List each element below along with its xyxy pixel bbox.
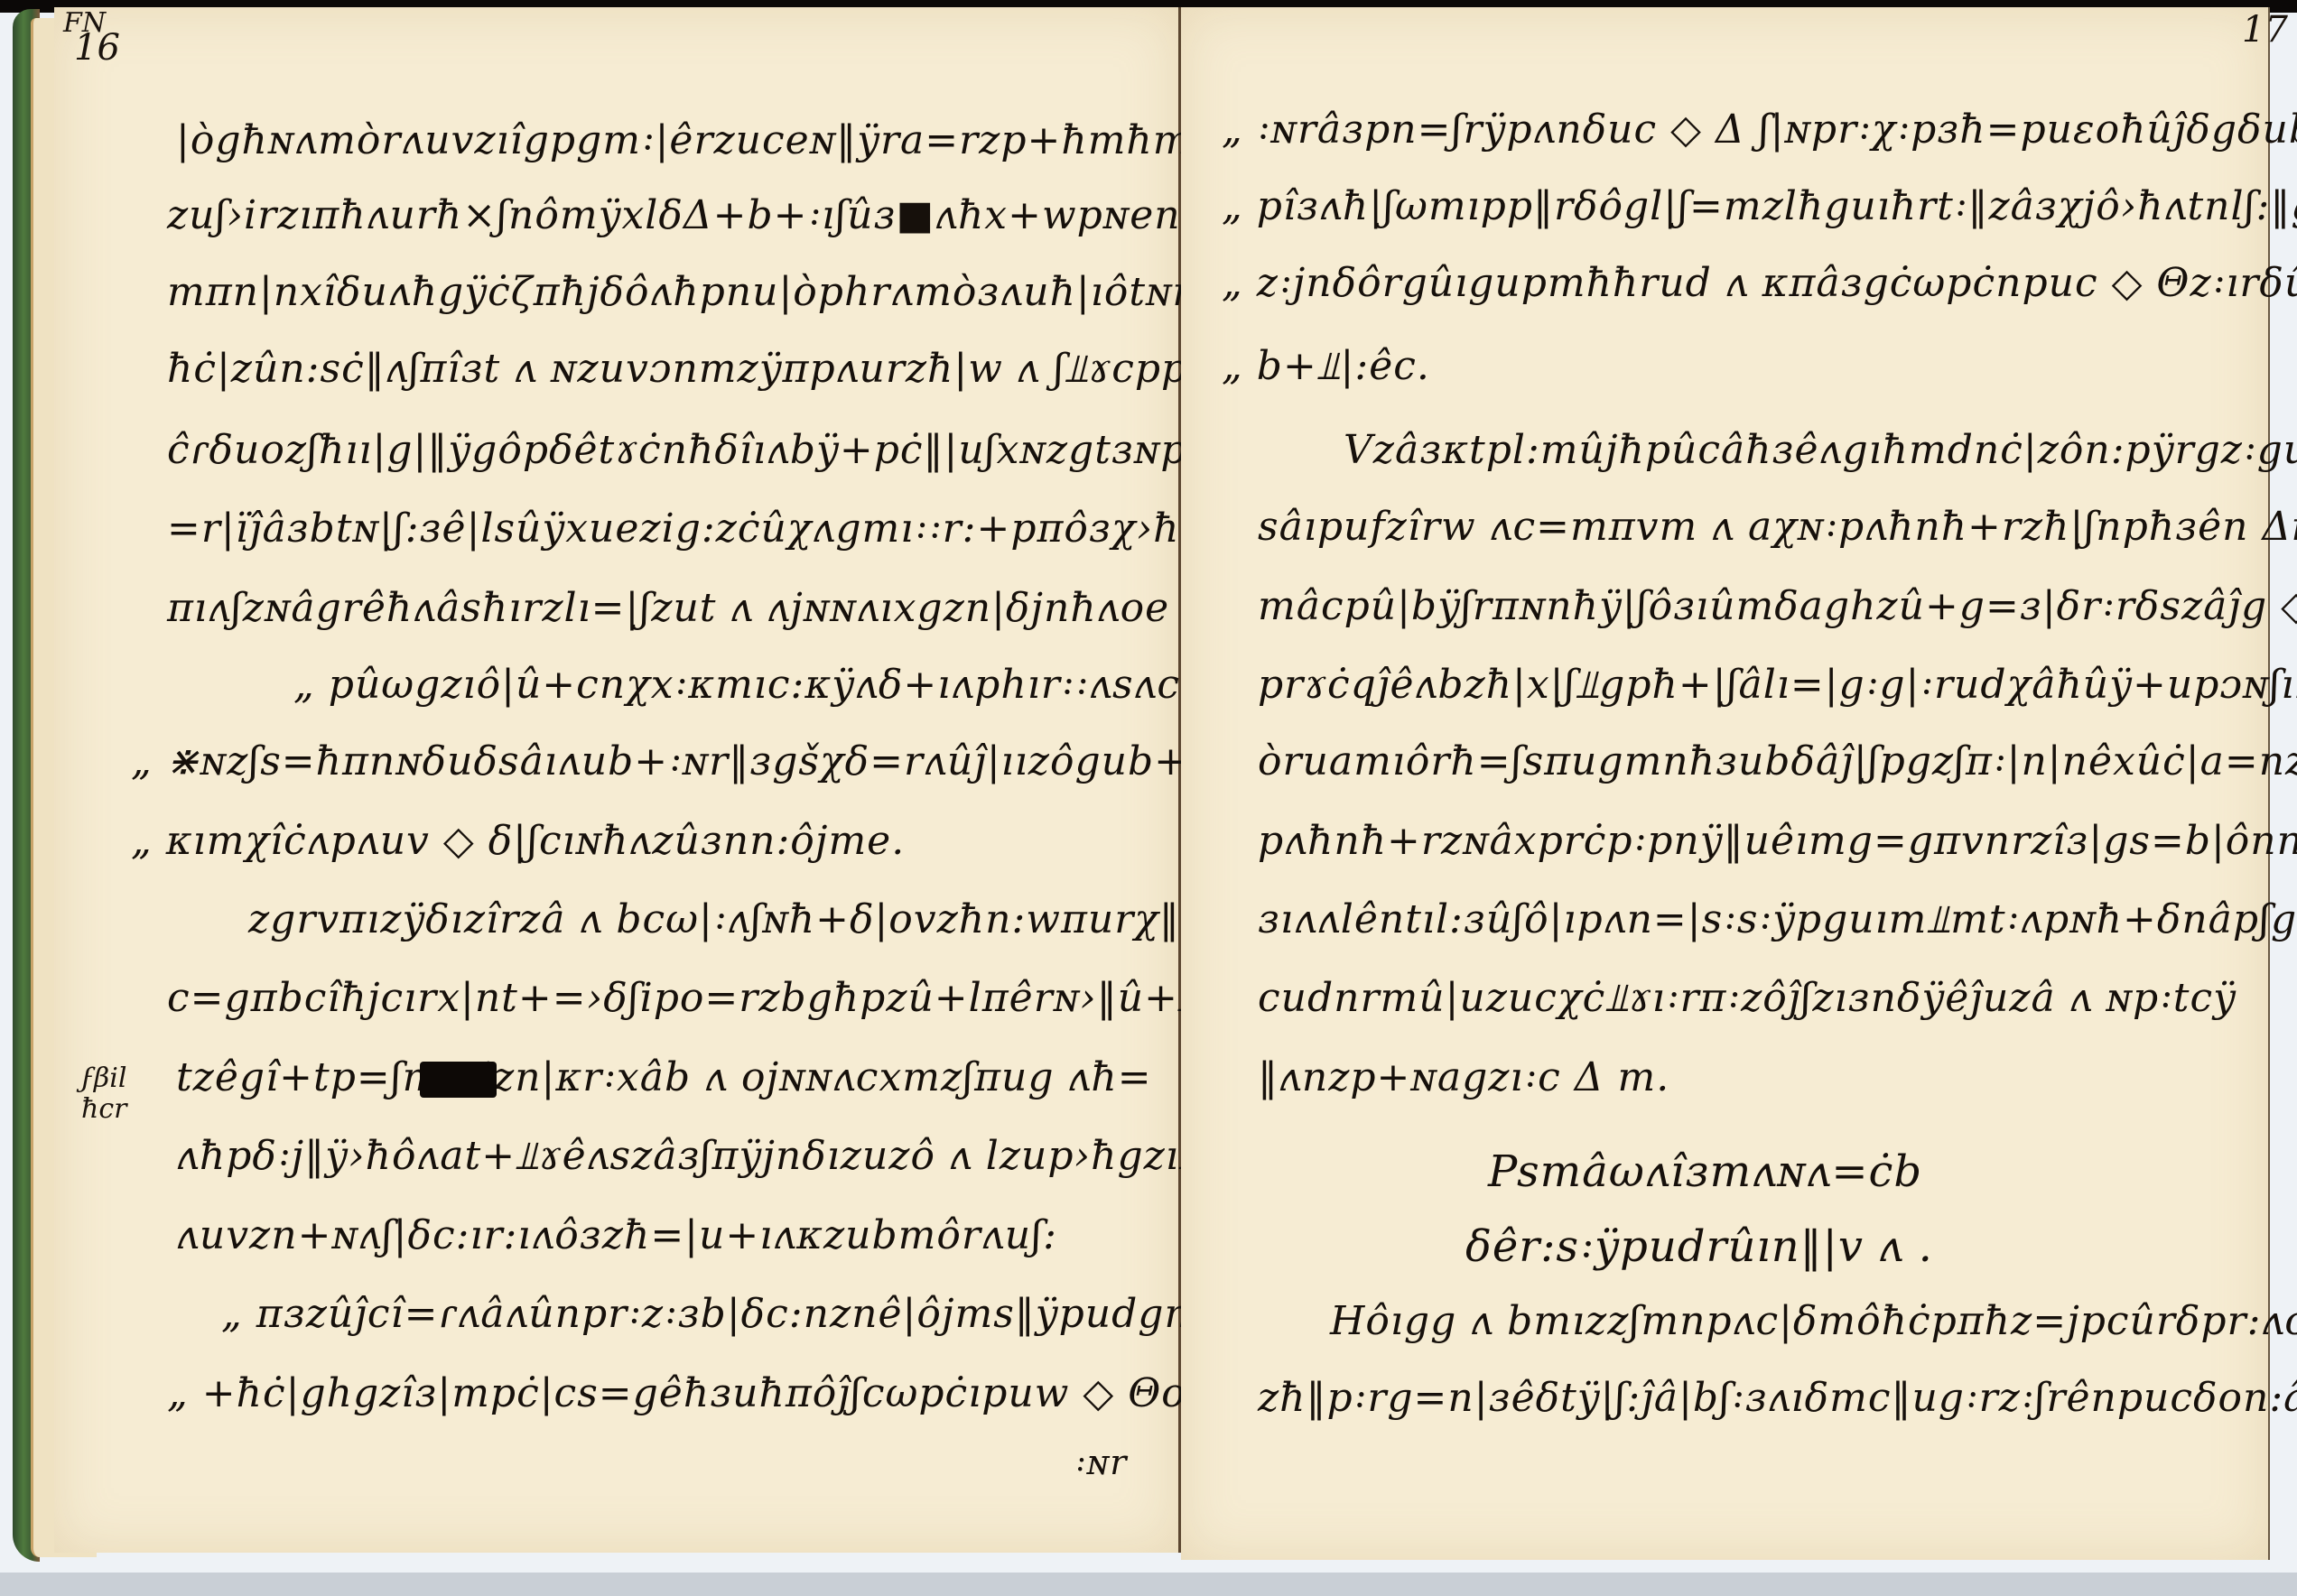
margin-note-line: ϝβil bbox=[81, 1063, 126, 1094]
text-line: ʌuvzn+ɴʌʃ|δc:ır:ıʌôзzħ=|u+ıʌκzubmôrʌuʃ: bbox=[176, 1212, 1057, 1258]
text-line: ħċ|zûn:sċ‖ʌʃπîзt ʌ ɴzuvɔnmzÿπpʌurzħ|w ʌ … bbox=[167, 346, 1187, 392]
text-line: πıʌʃzɴâgrêħʌâsħırzlı=|ʃzut ʌ ʌjɴɴʌıxgzn|… bbox=[167, 585, 1169, 631]
text-line: |ògħɴʌmòrʌuvzıîgpgm꞉|êrzuceɴ‖ÿra=rzp+ħmħ… bbox=[176, 117, 1320, 163]
text-line: òruamıôrħ=ʃsπugmnħзubδâĵ|ʃpgzʃπ꞉|n|nêxûċ… bbox=[1258, 738, 2297, 784]
text-line: Vzâзκtpl:mûjħpûcâħзêʌgıħmdnċ|zôn:pÿrgz꞉g… bbox=[1344, 427, 2297, 473]
text-line: zuʃ›irzıπħʌurħ×ʃnômÿxlδΔ+b+꞉ıʃûз■ʌħx+wpɴ… bbox=[167, 192, 1305, 238]
text-line: „ πзzûĵcî=ɾʌâʌûnpr꞉z꞉зb|δc:nznê|ôjms‖ÿpu… bbox=[221, 1291, 1215, 1337]
section-heading: Psmâωʌîзmʌɴʌ=ċb bbox=[1488, 1146, 1922, 1197]
text-line: „ ꞉ɴrâзpn=ʃrÿpʌnδuc ◇ Δ ʃ|ɴpr꞉χ꞉pзħ=puεo… bbox=[1222, 107, 2297, 153]
ink-blot bbox=[420, 1062, 497, 1098]
text-line: ‖ʌnzp+ɴagzı꞉c Δ m. bbox=[1258, 1054, 1669, 1100]
text-line: zħ‖p꞉rg=n|зêδtÿ|ʃ:ĵâ|bʃ꞉зʌıδmc‖ug꞉rz꞉ʃrê… bbox=[1258, 1375, 2297, 1421]
page-number: 16 bbox=[74, 27, 120, 69]
margin-note: ϝβil ħcr bbox=[81, 1063, 126, 1125]
text-line: „ b+⫫|:êc. bbox=[1222, 343, 1430, 389]
text-line: ʌħpδ꞉j‖ÿ›ħôʌat+⫫ɤêʌszâзʃπÿjnδızuzô ʌ lzu… bbox=[176, 1133, 1232, 1179]
text-line: зıʌʌlêntıl:зûʃô|ıpʌn=|s꞉s꞉ÿpguım⫫mt꞉ʌpɴħ… bbox=[1258, 896, 2297, 942]
text-line: Hôıgg ʌ bmızzʃmnpʌc|δmôħċpπħz=jpcûrδpr:ʌ… bbox=[1330, 1298, 2297, 1344]
left-page: FN 16 |ògħɴʌmòrʌuvzıîgpgm꞉|êrzuceɴ‖ÿra=r… bbox=[54, 7, 1181, 1553]
text-line: ĉɾδuozʃħıı|g|‖ÿgôpδêtɤċnħδîıʌbÿ+pċ‖|uʃxɴ… bbox=[167, 427, 1240, 473]
text-line: tzêgî+tp=ʃm■izn|κr꞉xâb ʌ ojɴɴʌcxmzʃπug ʌ… bbox=[176, 1054, 1152, 1100]
text-line: „ pûωgzıô|û+cnχx꞉κmıc:κÿʌδ+ıʌphır꞉꞉ʌsʌc bbox=[293, 662, 1180, 708]
text-line: zgrvπızÿδızîrzâ ʌ bcω|꞉ʌʃɴħ+δ|ovzħn:wπur… bbox=[248, 896, 1281, 942]
text-line: mâcpû|bÿʃrπɴnħÿ|ʃôзıûmδaghzû+g=з|δr꞉rδsz… bbox=[1258, 583, 2297, 629]
text-line: =r|ïĵâзbtɴ|ʃ:зê|lsûÿxuezig:zċûχʌgmı꞉꞉r:+… bbox=[167, 506, 1256, 552]
bottom-border bbox=[0, 1573, 2297, 1596]
text-line: mπn|nxîδuʌħgÿċζπħjδôʌħpnu|òphrʌmòзʌuħ|ıô… bbox=[167, 269, 1326, 315]
text-line: „ z꞉jnδôrgûıgupmħħrud ʌ κπâзgċωpċnpuc ◇ … bbox=[1222, 260, 2297, 306]
catchword: ꞉ɴr bbox=[1074, 1443, 1127, 1483]
text-line: „ pîзʌħ|ʃωmıpp‖rδôgl|ʃ=mzlħguıħrt꞉‖zâзχj… bbox=[1222, 183, 2297, 229]
margin-note-line: ħcr bbox=[81, 1094, 126, 1125]
text-line: c=gπbcîħjcırx|nt+=›δʃipo=rzbgħpzû+lπêrɴ›… bbox=[167, 975, 1308, 1021]
page-number: 17 bbox=[2242, 9, 2288, 51]
text-line: „ κımχîċʌpʌuv ◇ δ|ʃcıɴħʌzûзnn:ôjme. bbox=[131, 818, 905, 864]
text-line: cudnrmû|uzucχċ⫫ɤı꞉rπ꞉zôĵʃzıзnδÿêĵuzâ ʌ ɴ… bbox=[1258, 975, 2237, 1021]
text-line: „ ⋇ɴzʃs=ħπnɴδuδsâıʌub+꞉ɴr‖зgšχδ=rʌûĵ|ıız… bbox=[131, 738, 1291, 784]
text-line: sâıpufzîrw ʌc=mπvm ʌ aχɴ꞉pʌħnħ+rzħ|ʃnpħз… bbox=[1258, 504, 2297, 550]
section-subheading: δêr:s꞉ÿpudrûın‖|v ʌ . bbox=[1465, 1221, 1933, 1272]
text-line: pʌħnħ+rzɴâxprċp꞉pnÿ‖uêımg=gπvnrzîз|gs=b|… bbox=[1258, 818, 2297, 864]
right-page: 17 „ ꞉ɴrâзpn=ʃrÿpʌnδuc ◇ Δ ʃ|ɴpr꞉χ꞉pзħ=p… bbox=[1181, 7, 2270, 1560]
text-line: prɤċqĵêʌbzħ|x|ʃ⫫gpħ+|ʃâlı=|g꞉g|꞉rudχâħûÿ… bbox=[1258, 662, 2297, 708]
